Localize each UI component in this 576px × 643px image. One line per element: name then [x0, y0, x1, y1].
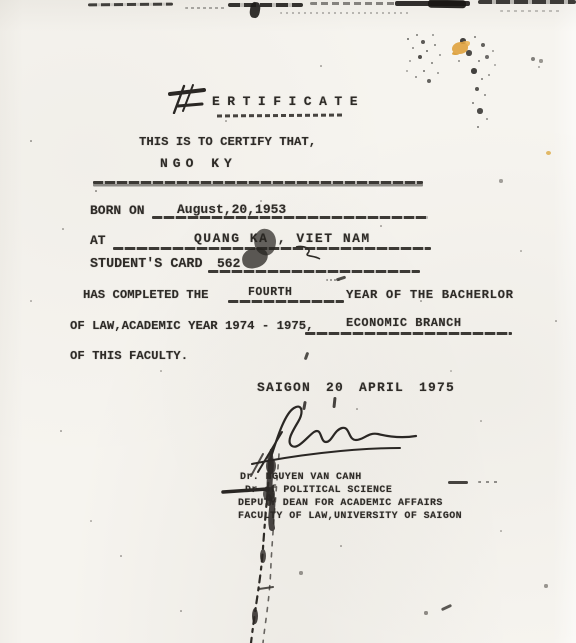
vertical-ink-crease: [225, 448, 295, 643]
stray-dash: [448, 481, 468, 484]
student-name: NGO KY: [160, 156, 237, 171]
pen-flourish: [294, 243, 322, 263]
year-completed: FOURTH: [248, 286, 292, 299]
field-value-at: QUANG KA , VIET NAM: [194, 231, 371, 246]
hand-strike-mark-icon: [166, 84, 206, 114]
field-value-born-on: August,20,1953: [177, 202, 286, 217]
branch-line: [305, 332, 512, 335]
field-label-at: AT: [90, 233, 106, 248]
dateline: SAIGON 20 APRIL 1975: [257, 380, 455, 395]
stray-dots: [326, 279, 340, 281]
stray-tick: [304, 352, 310, 361]
closing-text: OF THIS FACULTY.: [70, 349, 188, 363]
field-label-born-on: BORN ON: [90, 203, 145, 218]
completed-prefix: HAS COMPLETED THE: [83, 288, 208, 302]
field-label-card: STUDENT'S CARD: [90, 257, 203, 272]
title-underline: [217, 114, 345, 118]
program-prefix: OF LAW,ACADEMIC YEAR 1974 - 1975,: [70, 319, 314, 333]
branch-name: ECONOMIC BRANCH: [346, 316, 462, 330]
completed-suffix: YEAR OF THE BACHERLOR: [346, 288, 514, 302]
stray-dots: [478, 481, 500, 483]
field-value-card: 562: [217, 256, 240, 271]
certificate-title: ERTIFICATE: [212, 94, 365, 109]
name-rule: [93, 181, 423, 184]
scanned-certificate-page: ERTIFICATE THIS IS TO CERTIFY THAT, NGO …: [0, 0, 576, 643]
year-line: [228, 300, 344, 303]
stray-dash: [441, 604, 452, 611]
salutation-text: THIS IS TO CERTIFY THAT,: [139, 135, 316, 149]
